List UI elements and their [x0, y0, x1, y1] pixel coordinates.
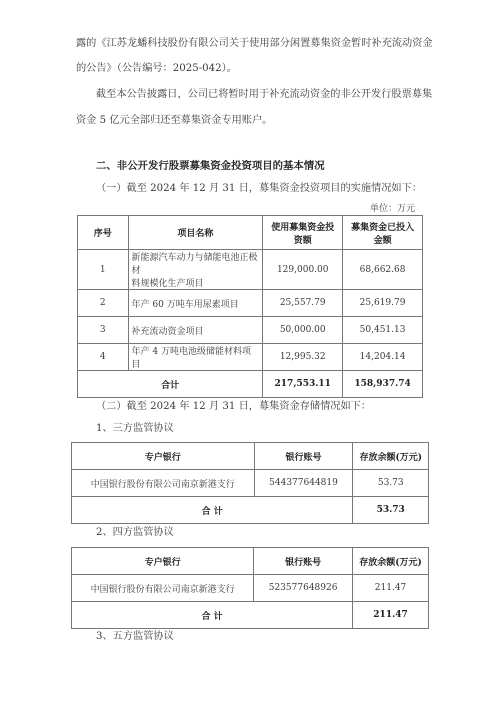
- header-balance: 存放余额(万元): [353, 443, 429, 470]
- agreement-3-title: 3、五方监管协议: [96, 630, 174, 644]
- cell-no: 3: [78, 317, 129, 344]
- table-header-row: 专户银行 银行账号 存放余额(万元): [72, 548, 429, 575]
- header-account: 银行账号: [254, 443, 353, 470]
- table-header-row: 序号 项目名称 使用募集资金投 资额 募集资金已投入 金额: [78, 216, 423, 250]
- cell-used: 25,619.79: [343, 290, 423, 317]
- cell-name: 补充流动资金项目: [128, 317, 263, 344]
- agreement-1-title: 1、三方监管协议: [96, 422, 174, 436]
- header-account: 银行账号: [254, 548, 353, 575]
- table-row: 3 补充流动资金项目 50,000.00 50,451.13: [78, 317, 423, 344]
- table-total-row: 合 计 53.73: [72, 497, 429, 524]
- header-bank: 专户银行: [72, 548, 254, 575]
- header-no: 序号: [78, 216, 129, 250]
- section-2-title: 二、非公开发行股票募集资金投资项目的基本情况: [96, 159, 325, 173]
- cell-account: 544377644819: [254, 470, 353, 497]
- quadripartite-agreement-table: 专户银行 银行账号 存放余额(万元) 中国银行股份有限公司南京新港支行 5235…: [71, 547, 429, 629]
- projects-table: 序号 项目名称 使用募集资金投 资额 募集资金已投入 金额 1 新能源汽车动力与…: [77, 215, 423, 398]
- paragraph-2-line-1: 截至本公告披露日，公司已将暂时用于补充流动资金的非公开发行股票募集: [96, 88, 432, 102]
- total-used: 158,937.74: [343, 371, 423, 398]
- cell-bank: 中国银行股份有限公司南京新港支行: [72, 470, 255, 497]
- cell-no: 2: [78, 290, 129, 317]
- total-label: 合计: [78, 371, 263, 398]
- table-row: 4 年产 4 万吨电池级储能材料项目 12,995.32 14,204.14: [78, 344, 423, 371]
- table-row: 中国银行股份有限公司南京新港支行 523577648926 211.47: [72, 575, 429, 602]
- header-balance: 存放余额(万元): [353, 548, 429, 575]
- section-2-sub-1: （一）截至 2024 年 12 月 31 日，募集资金投资项目的实施情况如下：: [96, 182, 422, 196]
- total-balance: 211.47: [353, 602, 429, 629]
- cell-account: 523577648926: [254, 575, 353, 602]
- cell-no: 1: [78, 250, 129, 290]
- header-name: 项目名称: [128, 216, 263, 250]
- header-invest: 使用募集资金投 资额: [263, 216, 343, 250]
- total-invest: 217,553.11: [263, 371, 343, 398]
- total-balance: 53.73: [353, 497, 429, 524]
- total-label: 合 计: [72, 602, 353, 629]
- cell-invest: 129,000.00: [263, 250, 343, 290]
- paragraph-1-line-2: 的公告》（公告编号：2025-042）。: [76, 62, 237, 76]
- cell-no: 4: [78, 344, 129, 371]
- cell-invest: 25,557.79: [263, 290, 343, 317]
- cell-used: 14,204.14: [343, 344, 423, 371]
- table-row: 1 新能源汽车动力与储能电池正极材 料规模化生产项目 129,000.00 68…: [78, 250, 423, 290]
- table-row: 中国银行股份有限公司南京新港支行 544377644819 53.73: [72, 470, 429, 497]
- tripartite-agreement-table: 专户银行 银行账号 存放余额(万元) 中国银行股份有限公司南京新港支行 5443…: [71, 442, 429, 524]
- cell-bank: 中国银行股份有限公司南京新港支行: [72, 575, 254, 602]
- unit-label: 单位：万元: [370, 201, 415, 214]
- cell-balance: 53.73: [353, 470, 429, 497]
- section-2-sub-2: （二）截至 2024 年 12 月 31 日，募集资金存储情况如下：: [96, 400, 371, 414]
- table-header-row: 专户银行 银行账号 存放余额(万元): [72, 443, 429, 470]
- total-label: 合 计: [72, 497, 353, 524]
- cell-invest: 12,995.32: [263, 344, 343, 371]
- paragraph-1-line-1: 露的《江苏龙蟠科技股份有限公司关于使用部分闲置募集资金暂时补充流动资金: [76, 37, 433, 51]
- table-row: 2 年产 60 万吨车用尿素项目 25,557.79 25,619.79: [78, 290, 423, 317]
- cell-used: 68,662.68: [343, 250, 423, 290]
- cell-name: 年产 60 万吨车用尿素项目: [128, 290, 263, 317]
- paragraph-2-line-2: 资金 5 亿元全部归还至募集资金专用账户。: [76, 114, 272, 128]
- cell-balance: 211.47: [353, 575, 429, 602]
- cell-used: 50,451.13: [343, 317, 423, 344]
- table-total-row: 合计 217,553.11 158,937.74: [78, 371, 423, 398]
- cell-name: 年产 4 万吨电池级储能材料项目: [128, 344, 263, 371]
- cell-name: 新能源汽车动力与储能电池正极材 料规模化生产项目: [128, 250, 263, 290]
- header-bank: 专户银行: [72, 443, 255, 470]
- table-total-row: 合 计 211.47: [72, 602, 429, 629]
- agreement-2-title: 2、四方监管协议: [96, 526, 174, 540]
- cell-invest: 50,000.00: [263, 317, 343, 344]
- header-used: 募集资金已投入 金额: [343, 216, 423, 250]
